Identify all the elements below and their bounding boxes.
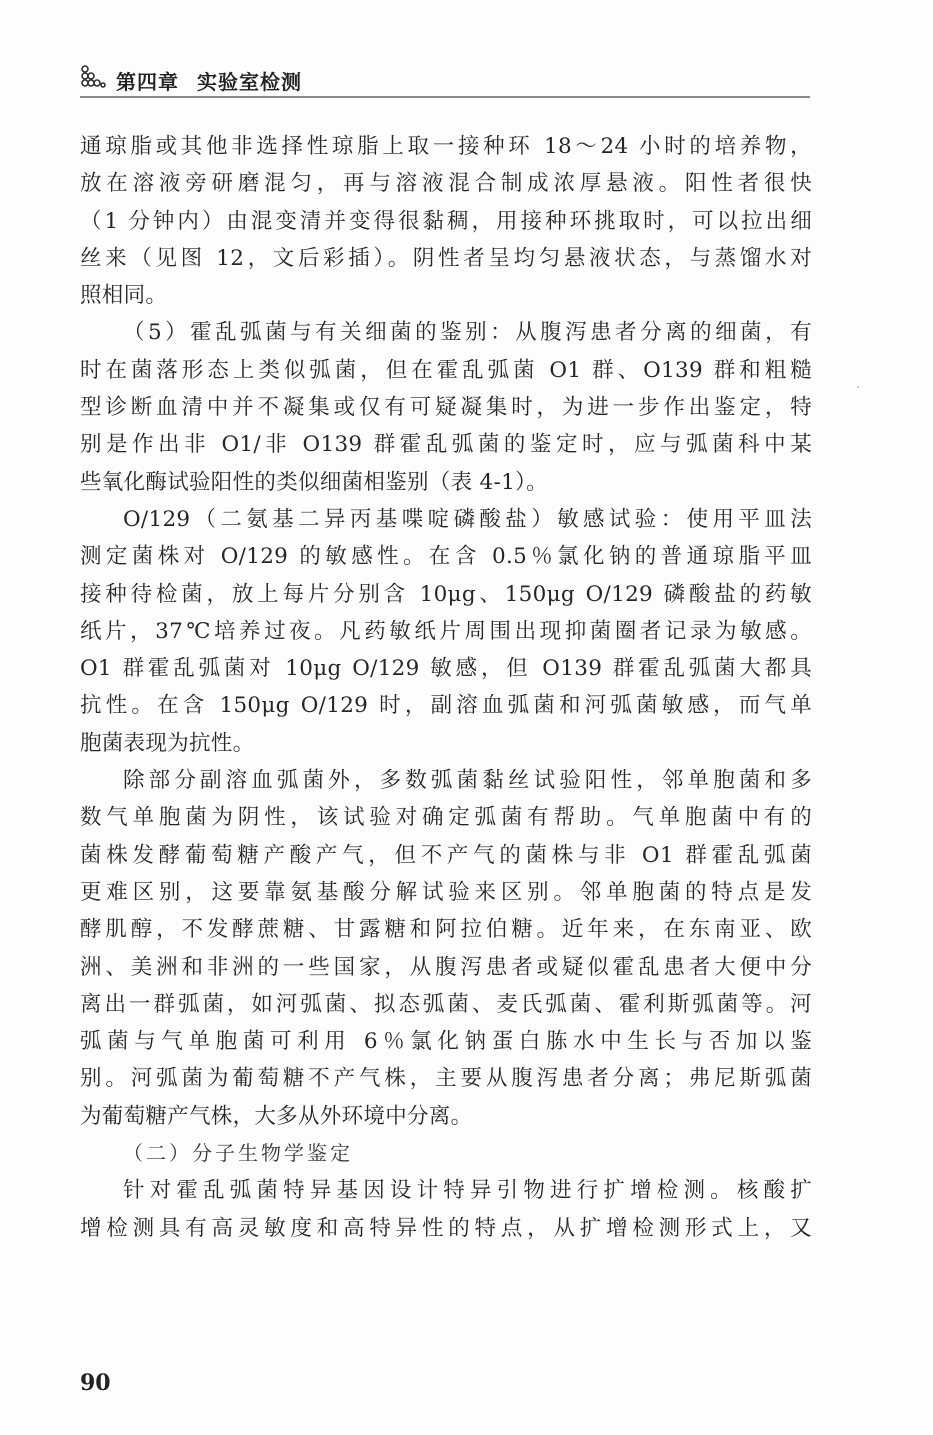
chapter-number: 第四章 bbox=[116, 70, 179, 94]
text-line: 增检测具有高灵敏度和高特异性的特点，从扩增检测形式上，又 bbox=[80, 1210, 812, 1247]
chapter-title: 第四章实验室检测 bbox=[116, 66, 302, 95]
text-line: 别。河弧菌为葡萄糖不产气株，主要从腹泻患者分离；弗尼斯弧菌 bbox=[80, 1060, 812, 1097]
scan-speck bbox=[857, 386, 859, 388]
text-line: 洲、美洲和非洲的一些国家，从腹泻患者或疑似霍乱患者大便中分 bbox=[80, 949, 812, 986]
text-line: 纸片，37℃培养过夜。凡药敏纸片周围出现抑菌圈者记录为敏感。 bbox=[80, 613, 812, 650]
text-line: 放在溶液旁研磨混匀，再与溶液混合制成浓厚悬液。阳性者很快 bbox=[80, 165, 812, 202]
text-line: 些氧化酶试验阳性的类似细菌相鉴别（表 4-1）。 bbox=[80, 464, 812, 501]
text-line: 通琼脂或其他非选择性琼脂上取一接种环 18～24 小时的培养物， bbox=[80, 128, 812, 165]
text-line: （1 分钟内）由混变清并变得很黏稠，用接种环挑取时，可以拉出细 bbox=[80, 203, 812, 240]
text-line: 型诊断血清中并不凝集或仅有可疑凝集时，为进一步作出鉴定，特 bbox=[80, 389, 812, 426]
text-line: 时在菌落形态上类似弧菌，但在霍乱弧菌 O1 群、O139 群和粗糙 bbox=[80, 352, 812, 389]
text-line: 弧菌与气单胞菌可利用 6％氯化钠蛋白胨水中生长与否加以鉴 bbox=[80, 1023, 812, 1060]
text-line: 菌株发酵葡萄糖产酸产气，但不产气的菌株与非 O1 群霍乱弧菌 bbox=[80, 837, 812, 874]
text-line: 酵肌醇，不发酵蔗糖、甘露糖和阿拉伯糖。近年来，在东南亚、欧 bbox=[80, 911, 812, 948]
text-line: 更难区别，这要靠氨基酸分解试验来区别。邻单胞菌的特点是发 bbox=[80, 874, 812, 911]
text-line: 接种待检菌，放上每片分别含 10μg、150μg O/129 磷酸盐的药敏 bbox=[80, 576, 812, 613]
text-line: 照相同。 bbox=[80, 277, 812, 314]
text-line: O1 群霍乱弧菌对 10μg O/129 敏感，但 O139 群霍乱弧菌大都具 bbox=[80, 650, 812, 687]
text-line: 丝来（见图 12，文后彩插）。阴性者呈均匀悬液状态，与蒸馏水对 bbox=[80, 240, 812, 277]
text-line: 数气单胞菌为阴性，该试验对确定弧菌有帮助。气单胞菌中有的 bbox=[80, 799, 812, 836]
running-header: 第四章实验室检测 bbox=[80, 62, 810, 98]
text-line: 胞菌表现为抗性。 bbox=[80, 725, 812, 762]
circles-cluster-icon bbox=[80, 64, 108, 92]
section-heading: （二）分子生物学鉴定 bbox=[80, 1135, 812, 1172]
text-line: 针对霍乱弧菌特异基因设计特异引物进行扩增检测。核酸扩 bbox=[80, 1172, 812, 1209]
text-line: 离出一群弧菌，如河弧菌、拟态弧菌、麦氏弧菌、霍利斯弧菌等。河 bbox=[80, 986, 812, 1023]
text-line: （5）霍乱弧菌与有关细菌的鉴别：从腹泻患者分离的细菌，有 bbox=[80, 314, 812, 351]
text-line: O/129（二氨基二异丙基喋啶磷酸盐）敏感试验：使用平皿法 bbox=[80, 501, 812, 538]
text-line: 为葡萄糖产气株，大多从外环境中分离。 bbox=[80, 1098, 812, 1135]
text-line: 抗性。在含 150μg O/129 时，副溶血弧菌和河弧菌敏感，而气单 bbox=[80, 687, 812, 724]
text-line: 别是作出非 O1/非 O139 群霍乱弧菌的鉴定时，应与弧菌科中某 bbox=[80, 426, 812, 463]
body-text: 通琼脂或其他非选择性琼脂上取一接种环 18～24 小时的培养物，放在溶液旁研磨混… bbox=[80, 128, 812, 1247]
chapter-name: 实验室检测 bbox=[197, 70, 302, 94]
page-number: 90 bbox=[80, 1370, 111, 1396]
text-line: 测定菌株对 O/129 的敏感性。在含 0.5％氯化钠的普通琼脂平皿 bbox=[80, 538, 812, 575]
text-line: 除部分副溶血弧菌外，多数弧菌黏丝试验阳性，邻单胞菌和多 bbox=[80, 762, 812, 799]
